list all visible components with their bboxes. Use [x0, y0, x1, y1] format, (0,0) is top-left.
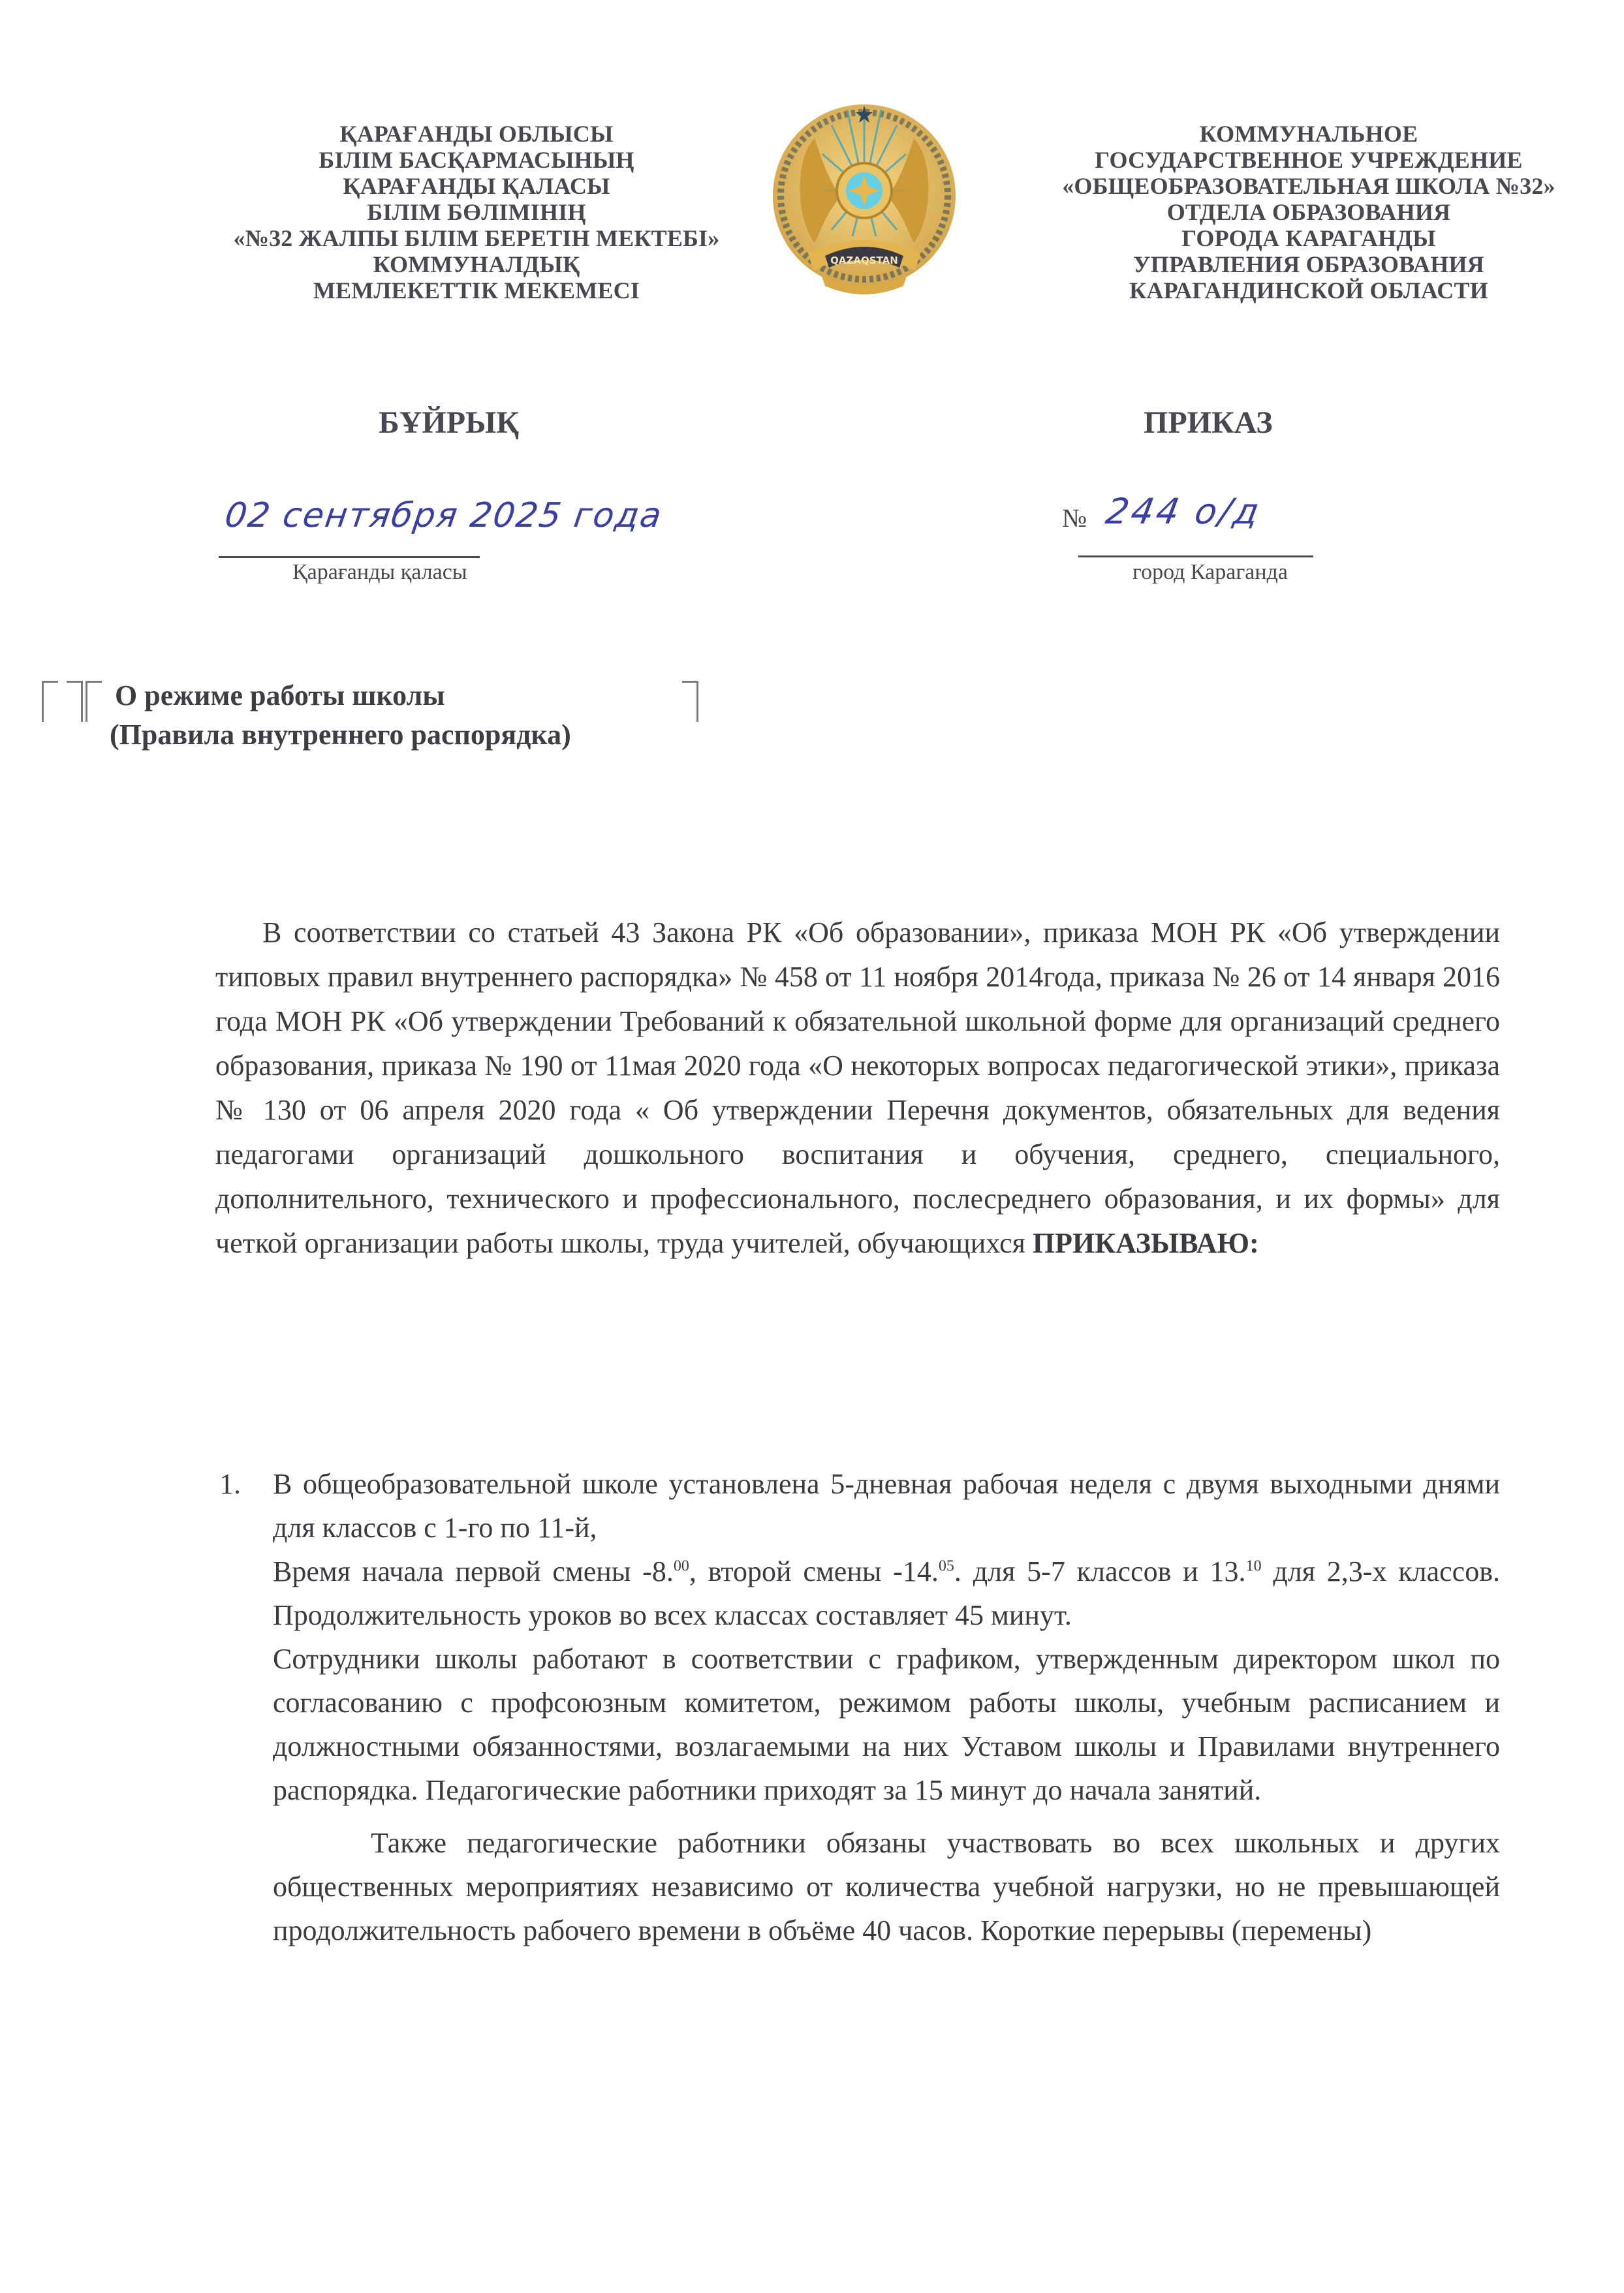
header-kz-line: МЕМЛЕКЕТТІК МЕКЕМЕСІ — [215, 277, 738, 304]
handwritten-order-number: 244 о/д — [1102, 491, 1264, 532]
header-ru-line: «ОБЩЕОБРАЗОВАТЕЛЬНАЯ ШКОЛА №32» — [1031, 173, 1586, 199]
svg-text:QAZAQSTAN: QAZAQSTAN — [830, 255, 898, 266]
doc-type-kz: БҰЙРЫҚ — [379, 405, 519, 441]
header-ru-line: УПРАВЛЕНИЯ ОБРАЗОВАНИЯ — [1031, 251, 1586, 277]
document-title: О режиме работы школы — [115, 679, 445, 712]
header-kz-line: БІЛІМ БАСҚАРМАСЫНЫҢ — [215, 147, 738, 173]
header-kz-line: КОММУНАЛДЫҚ — [215, 251, 738, 277]
city-kz: Қарағанды қаласы — [292, 560, 467, 585]
superscript-minutes: 00 — [674, 1557, 689, 1574]
kazakhstan-state-emblem-icon: QAZAQSTAN — [769, 99, 960, 302]
order-word: ПРИКАЗЫВАЮ: — [1033, 1227, 1259, 1259]
superscript-minutes: 05 — [939, 1557, 954, 1574]
order-items-list: 1. В общеобразовательной школе установле… — [219, 1462, 1500, 1952]
schedule-times: Время начала первой смены -8.00, второй … — [219, 1550, 1500, 1637]
header-ru-organization: КОММУНАЛЬНОЕ ГОСУДАРСТВЕННОЕ УЧРЕЖДЕНИЕ … — [1031, 121, 1586, 304]
teacher-duties-paragraph: Также педагогические работники обязаны у… — [219, 1821, 1500, 1952]
header-kz-organization: ҚАРАҒАНДЫ ОБЛЫСЫ БІЛІМ БАСҚАРМАСЫНЫҢ ҚАР… — [215, 121, 738, 304]
header-kz-line: ҚАРАҒАНДЫ ОБЛЫСЫ — [215, 121, 738, 147]
list-item-text: В общеобразовательной школе установлена … — [273, 1462, 1500, 1550]
document-subtitle: (Правила внутреннего распорядка) — [110, 718, 571, 751]
header-kz-line: ҚАРАҒАНДЫ ҚАЛАСЫ — [215, 173, 738, 199]
intro-text: В соответствии со статьей 43 Закона РК «… — [215, 916, 1500, 1259]
header-ru-line: ГОСУДАРСТВЕННОЕ УЧРЕЖДЕНИЕ — [1031, 147, 1586, 173]
header-ru-line: ОТДЕЛА ОБРАЗОВАНИЯ — [1031, 199, 1586, 225]
corner-bracket-mark — [86, 681, 102, 722]
header-ru-line: ГОРОДА КАРАГАНДЫ — [1031, 225, 1586, 251]
header-kz-line: «№32 ЖАЛПЫ БІЛІМ БЕРЕТІН МЕКТЕБІ» — [215, 225, 738, 251]
list-item: 1. В общеобразовательной школе установле… — [219, 1462, 1500, 1550]
staff-schedule-paragraph: Сотрудники школы работают в соответствии… — [219, 1637, 1500, 1812]
superscript-minutes: 10 — [1246, 1557, 1262, 1574]
corner-bracket-mark — [682, 681, 698, 722]
corner-bracket-mark — [42, 681, 58, 722]
header-kz-line: БІЛІМ БӨЛІМІНІҢ — [215, 199, 738, 225]
header-ru-line: КОММУНАЛЬНОЕ — [1031, 121, 1586, 147]
list-item-number: 1. — [219, 1462, 273, 1550]
corner-bracket-mark — [67, 681, 83, 722]
header-ru-line: КАРАГАНДИНСКОЙ ОБЛАСТИ — [1031, 277, 1586, 304]
intro-paragraph: В соответствии со статьей 43 Закона РК «… — [215, 911, 1500, 1266]
doc-type-ru: ПРИКАЗ — [1144, 405, 1273, 441]
city-ru: город Караганда — [1132, 560, 1288, 585]
handwritten-date: 02 сентября 2025 года — [223, 496, 665, 535]
